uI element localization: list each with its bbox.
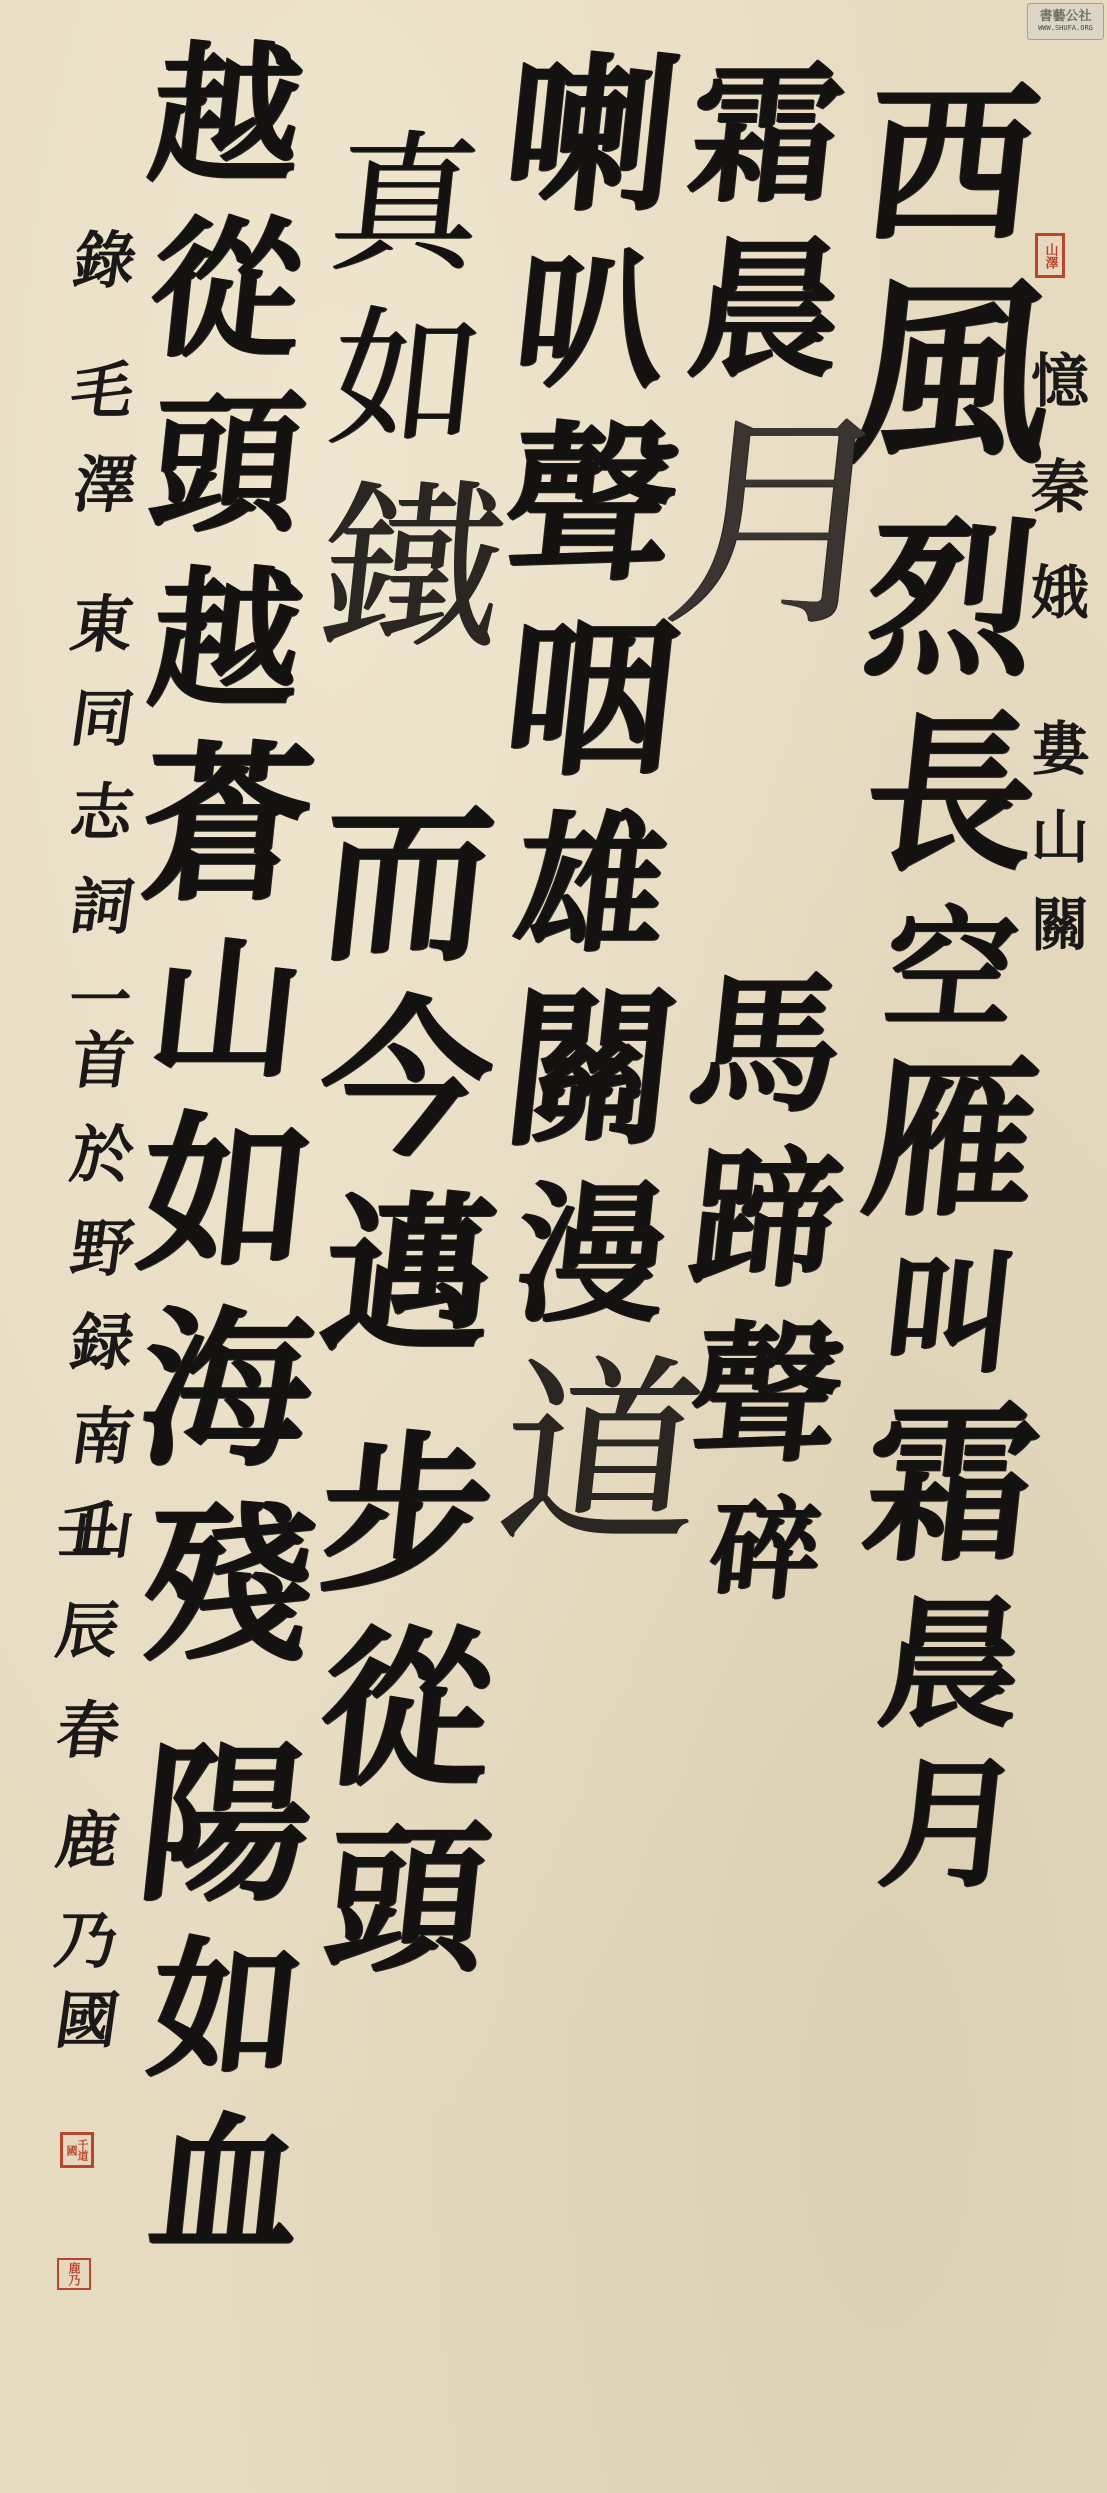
poem-char: 頭 (315, 1820, 496, 2015)
poem-column-5: 越 從 頭 越 蒼 山 如 海 殘 陽 如 血 (140, 40, 310, 2285)
inscription-char: 南 (62, 1406, 137, 1500)
poem-char: 喇 (495, 50, 686, 245)
seal-text: 千道國 (66, 2135, 88, 2165)
poem-char: 殘 (127, 1500, 322, 1740)
poem-char: 越 (141, 40, 309, 215)
seal-lower-left-2: 鹿乃 (57, 2258, 91, 2290)
poem-char: 碎 (703, 1495, 827, 1625)
poem-char: 霜 (855, 1400, 1046, 1595)
inscription-char: 首 (62, 1030, 137, 1124)
poem-char: 邁 (307, 1190, 502, 1430)
signature-char: 國 (47, 1990, 122, 2084)
signature-char: 乃 (48, 1910, 121, 1990)
poem-char: 從 (310, 1625, 501, 1820)
poem-char: 如 (321, 305, 489, 480)
poem-char: 霜 (681, 60, 849, 235)
poem-char: 如 (130, 1110, 321, 1305)
poem-char: 真 (321, 130, 489, 305)
inscription-char: 澤 (59, 454, 141, 594)
poem-char: 海 (130, 1305, 321, 1500)
inscription-char: 録 (62, 1312, 137, 1406)
seal-text: 鹿乃 (68, 2262, 80, 2286)
poem-char: 鐵 (298, 480, 512, 800)
watermark-name: 書藝公社 (1039, 10, 1091, 24)
poem-column-1: 西 風 烈 長 空 雁 叫 霜 晨 月 (860, 80, 1040, 1915)
watermark-badge: 書藝公社 WWW.SHUFA.ORG (1027, 3, 1104, 40)
date-char: 辰 (47, 1600, 123, 1700)
poem-column-4: 真 如 鐵 而 今 邁 步 從 頭 (320, 130, 490, 2015)
inscription-char: 毛 (62, 360, 137, 454)
poem-char: 山 (141, 935, 309, 1110)
poem-char: 月 (872, 1755, 1029, 1915)
poem-column-3: 喇 叭 聲 咽 雄 關 漫 道 (505, 50, 675, 1775)
date-char: 春 (46, 1700, 123, 1810)
poem-char: 西 (855, 80, 1046, 275)
poem-char: 雁 (855, 1055, 1046, 1250)
poem-char: 漫 (506, 1180, 674, 1355)
poem-char: 馬 (681, 970, 849, 1145)
poem-char: 聲 (495, 420, 686, 615)
poem-char: 關 (495, 985, 686, 1180)
date-char: 壬 (47, 1500, 123, 1600)
poem-char: 長 (855, 710, 1046, 905)
poem-char: 蒼 (130, 740, 321, 935)
inscription-char: 詞 (62, 876, 137, 970)
poem-char: 空 (877, 905, 1023, 1055)
poem-char: 陽 (130, 1740, 321, 1935)
watermark-url: WWW.SHUFA.ORG (1038, 24, 1093, 32)
poem-char: 咽 (495, 615, 686, 810)
poem-char: 頭 (141, 390, 309, 565)
seal-lower-left-1: 千道國 (60, 2132, 94, 2168)
signature-char: 鹿 (47, 1810, 123, 1910)
poem-char: 蹄 (681, 1145, 849, 1320)
poem-char: 血 (141, 2110, 309, 2285)
inscription-char: 東 (62, 594, 137, 688)
inscription-char: 志 (62, 782, 137, 876)
inscription-char: 一 (65, 970, 135, 1030)
inscription-char: 同 (62, 688, 137, 782)
poem-char: 步 (310, 1430, 501, 1625)
inscription-char: 於 (62, 1124, 137, 1218)
poem-char: 叫 (877, 1250, 1023, 1400)
poem-char: 晨 (681, 235, 849, 410)
inscription-column: 錄 毛 澤 東 同 志 詞 一 首 於 野 録 南 山 (55, 230, 145, 1600)
poem-char: 如 (141, 1935, 309, 2110)
poem-char: 從 (141, 215, 309, 390)
poem-char: 叭 (506, 245, 674, 420)
signature-column: 壬 辰 春 鹿 乃 國 (40, 1500, 130, 2084)
inscription-char: 野 (62, 1218, 137, 1312)
poem-char: 晨 (872, 1595, 1029, 1755)
poem-char: 雄 (506, 810, 674, 985)
poem-char: 今 (310, 995, 501, 1190)
inscription-char: 錄 (60, 230, 140, 360)
poem-char: 而 (310, 800, 501, 995)
poem-char: 越 (141, 565, 309, 740)
